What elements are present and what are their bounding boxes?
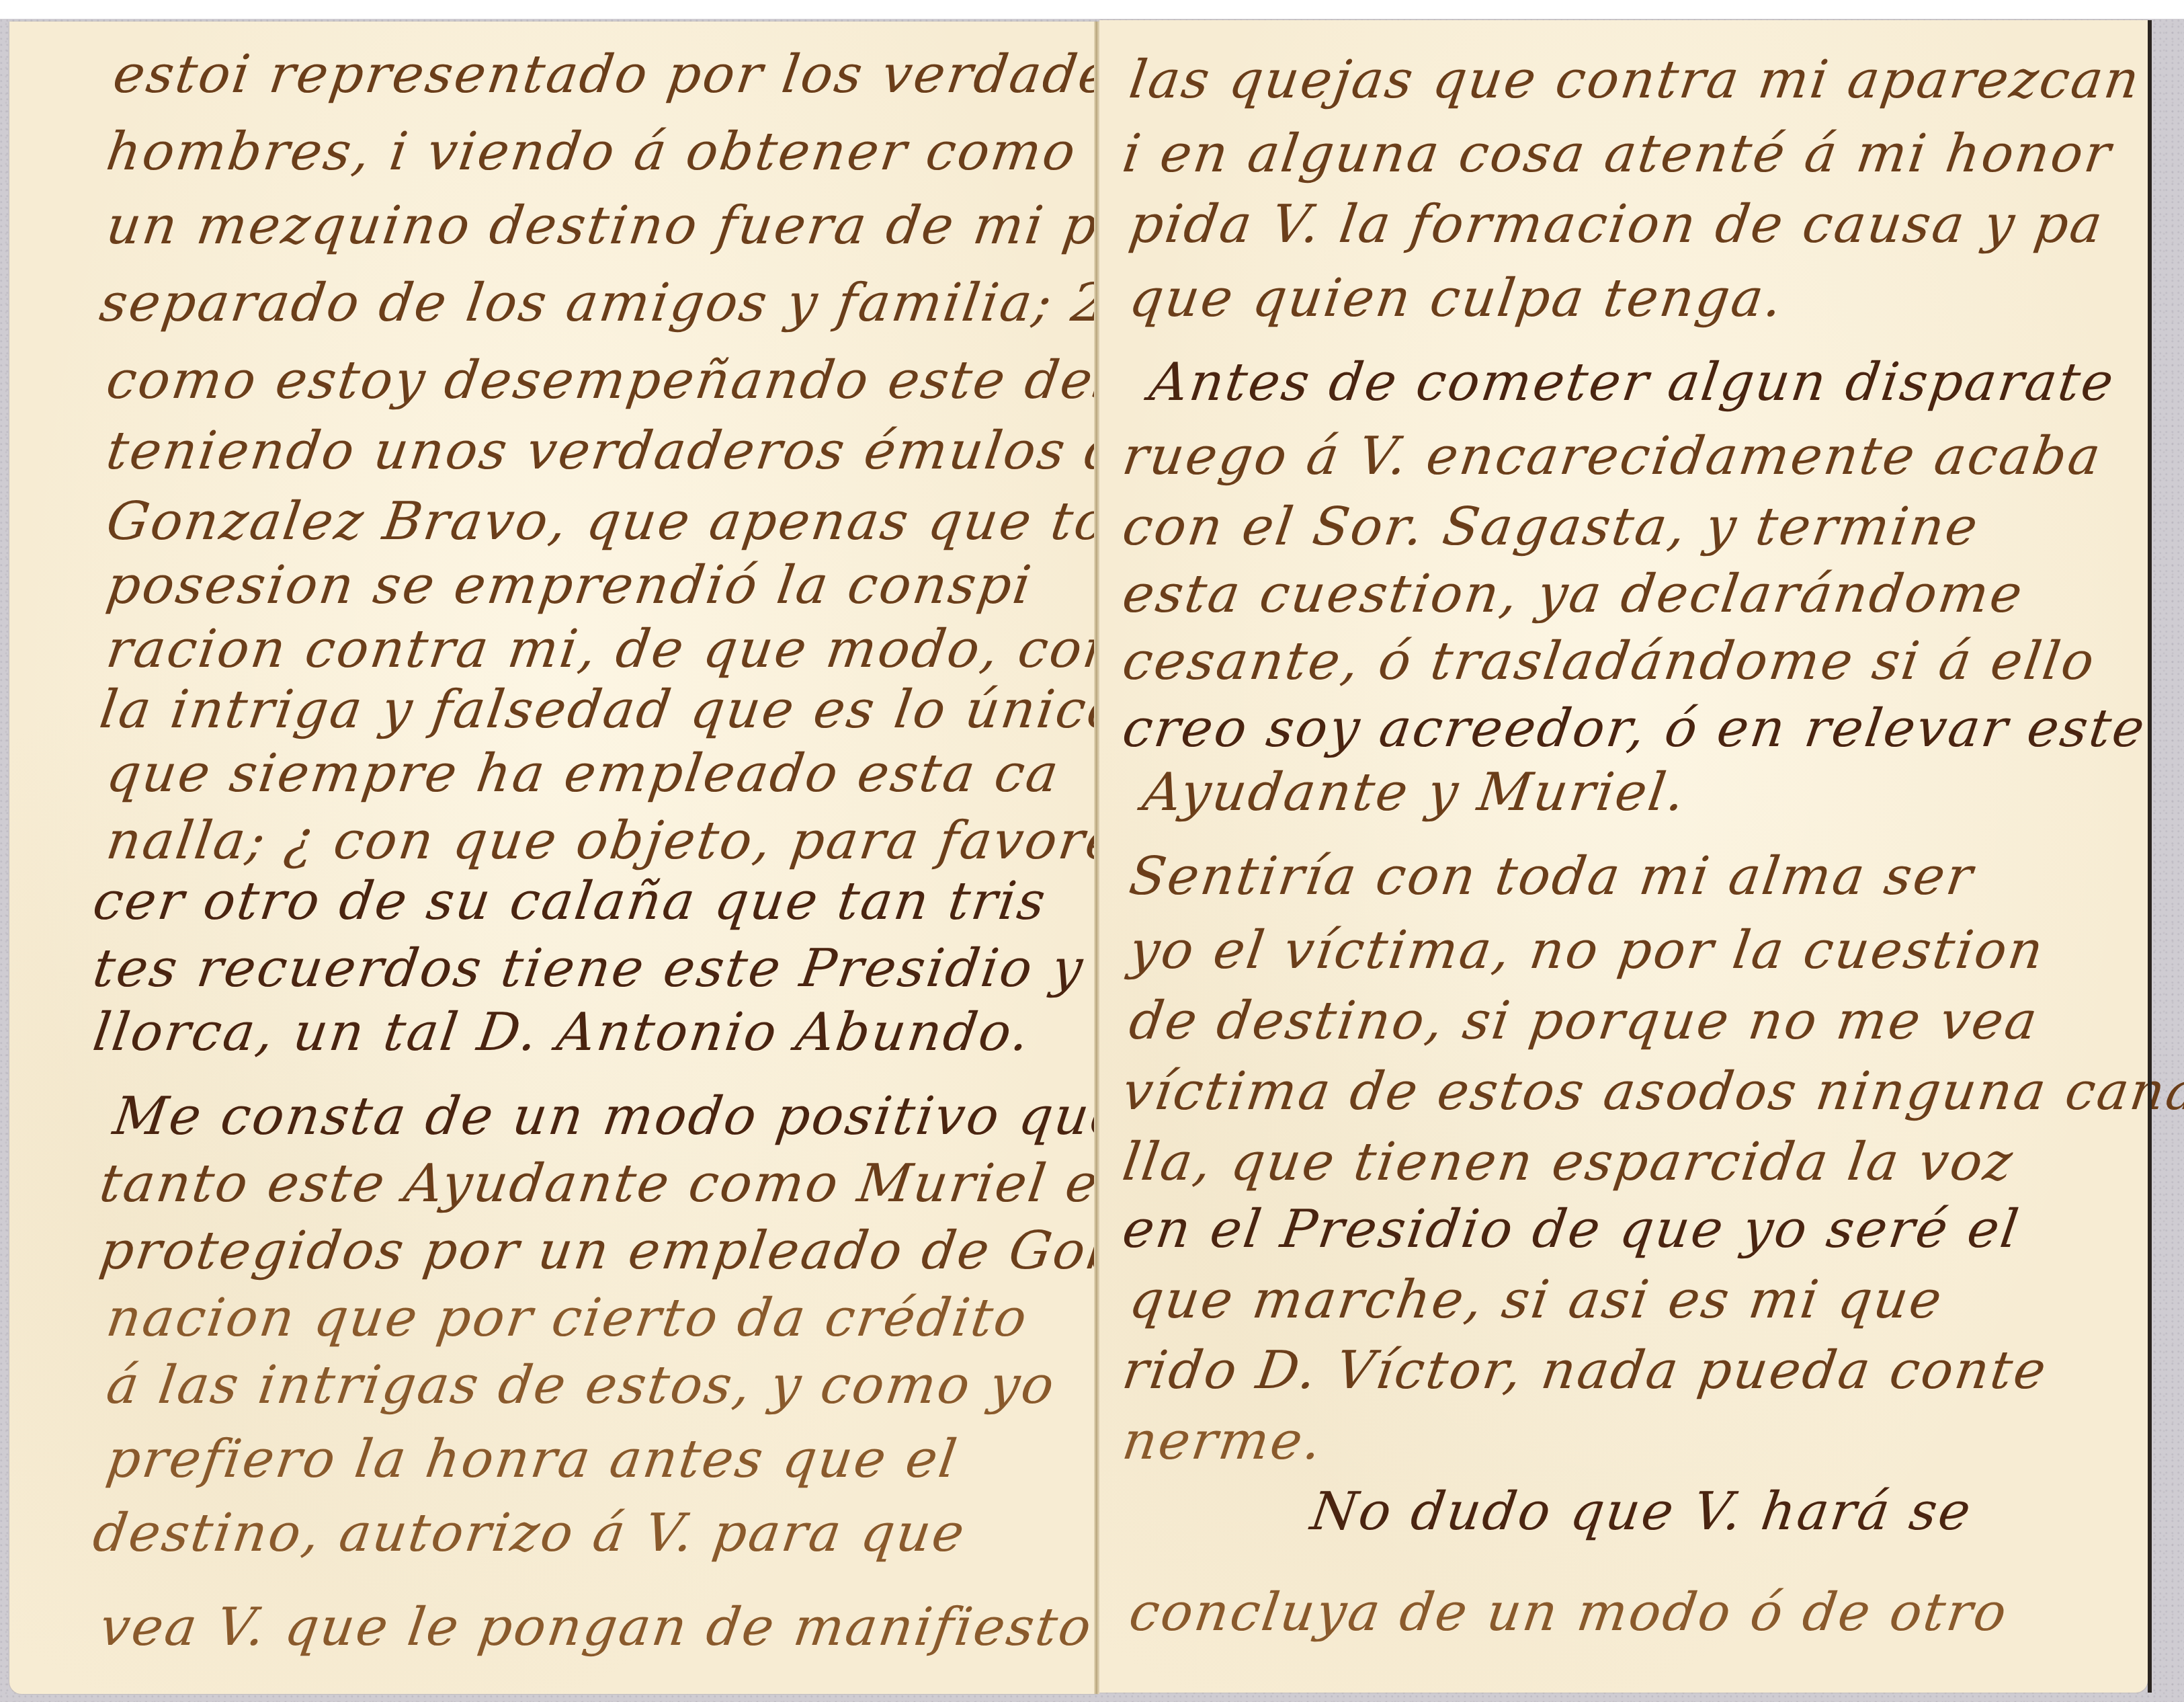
handwritten-line: No dudo que V. hará se — [1308, 1486, 1976, 1538]
handwritten-line: prefiero la honra antes que el — [103, 1433, 962, 1486]
handwritten-line: á las intrigas de estos, y como yo — [103, 1359, 1059, 1412]
left-page: estoi representado por los verdaderos ho… — [9, 22, 1098, 1694]
handwritten-line: en el Presidio de que yo seré el — [1120, 1203, 2023, 1256]
handwritten-line: tanto este Ayudante como Muriel están — [97, 1158, 1224, 1210]
handwritten-line: Antes de cometer algun disparate — [1146, 356, 2118, 409]
handwritten-line: que marche, si asi es mi que — [1126, 1274, 1947, 1326]
handwritten-line: i en alguna cosa atenté á mi honor — [1120, 128, 2115, 180]
handwritten-line: que quien culpa tenga. — [1126, 272, 1787, 325]
handwritten-line: pida V. la formacion de causa y pa — [1126, 198, 2107, 251]
handwritten-line: Me consta de un modo positivo que — [110, 1090, 1127, 1143]
handwritten-line: tes recuerdos tiene este Presidio y Ma — [90, 942, 1195, 995]
handwritten-line: nacion que por cierto da crédito — [103, 1292, 1032, 1344]
handwritten-line: nerme. — [1120, 1415, 1327, 1467]
handwritten-line: las quejas que contra mi aparezcan — [1126, 54, 2144, 106]
handwritten-line: como estoy desempeñando este destino — [103, 354, 1238, 407]
handwritten-line: vea V. que le pongan de manifiesto — [97, 1601, 1096, 1654]
handwritten-line: concluya de un modo ó de otro — [1126, 1586, 2011, 1639]
handwritten-line: yo el víctima, no por la cuestion — [1126, 924, 2048, 977]
right-page: las quejas que contra mi aparezcan i en … — [1099, 20, 2148, 1693]
handwritten-line: separado de los amigos y familia; 2.° y — [97, 277, 1208, 329]
handwritten-line: esta cuestion, ya declarándome — [1120, 568, 2027, 620]
handwritten-line: ruego á V. encarecidamente acaba — [1120, 430, 2105, 483]
left-page-text: estoi representado por los verdaderos ho… — [9, 22, 1098, 1694]
right-page-text: las quejas que contra mi aparezcan i en … — [1099, 20, 2148, 1693]
handwritten-line: destino, autorizo á V. para que — [90, 1507, 969, 1559]
handwritten-line: protegidos por un empleado de Gober — [97, 1225, 1186, 1277]
handwritten-line: que siempre ha empleado esta ca — [103, 747, 1063, 800]
handwritten-line: nalla; ¿ con que objeto, para favore — [103, 815, 1123, 867]
handwritten-line: Sentiría con toda mi alma ser — [1126, 850, 1978, 903]
page-fold — [1094, 22, 1099, 1694]
handwritten-line: estoi representado por los verdaderos — [110, 48, 1205, 101]
handwritten-line: víctima de estos asodos ninguna cana — [1120, 1065, 2184, 1118]
handwritten-line: Gonzalez Bravo, que apenas que tomé — [103, 495, 1197, 548]
handwritten-line: racion contra mi, de que modo, con — [103, 623, 1123, 676]
handwritten-line: la intriga y falsedad que es lo único — [97, 684, 1125, 736]
handwritten-line: teniendo unos verdaderos émulos de — [103, 425, 1157, 477]
handwritten-line: de destino, si porque no me vea — [1126, 995, 2042, 1047]
handwritten-line: Ayudante y Muriel. — [1140, 766, 1689, 819]
handwritten-line: posesion se emprendió la conspi — [103, 559, 1036, 612]
handwritten-line: rido D. Víctor, nada pueda conte — [1120, 1344, 2051, 1397]
handwritten-line: cesante, ó trasladándome si á ello — [1120, 635, 2099, 688]
page-edge-shadow — [2148, 20, 2152, 1693]
handwritten-line: cer otro de su calaña que tan tris — [90, 875, 1050, 928]
handwritten-line: un mezquino destino fuera de mi patria — [103, 200, 1238, 252]
handwritten-line: creo soy acreedor, ó en relevar este — [1120, 702, 2150, 755]
handwritten-line: con el Sor. Sagasta, y termine — [1120, 501, 1982, 553]
handwritten-line: lla, que tienen esparcida la voz — [1120, 1136, 2017, 1188]
handwritten-line: llorca, un tal D. Antonio Abundo. — [90, 1006, 1034, 1059]
